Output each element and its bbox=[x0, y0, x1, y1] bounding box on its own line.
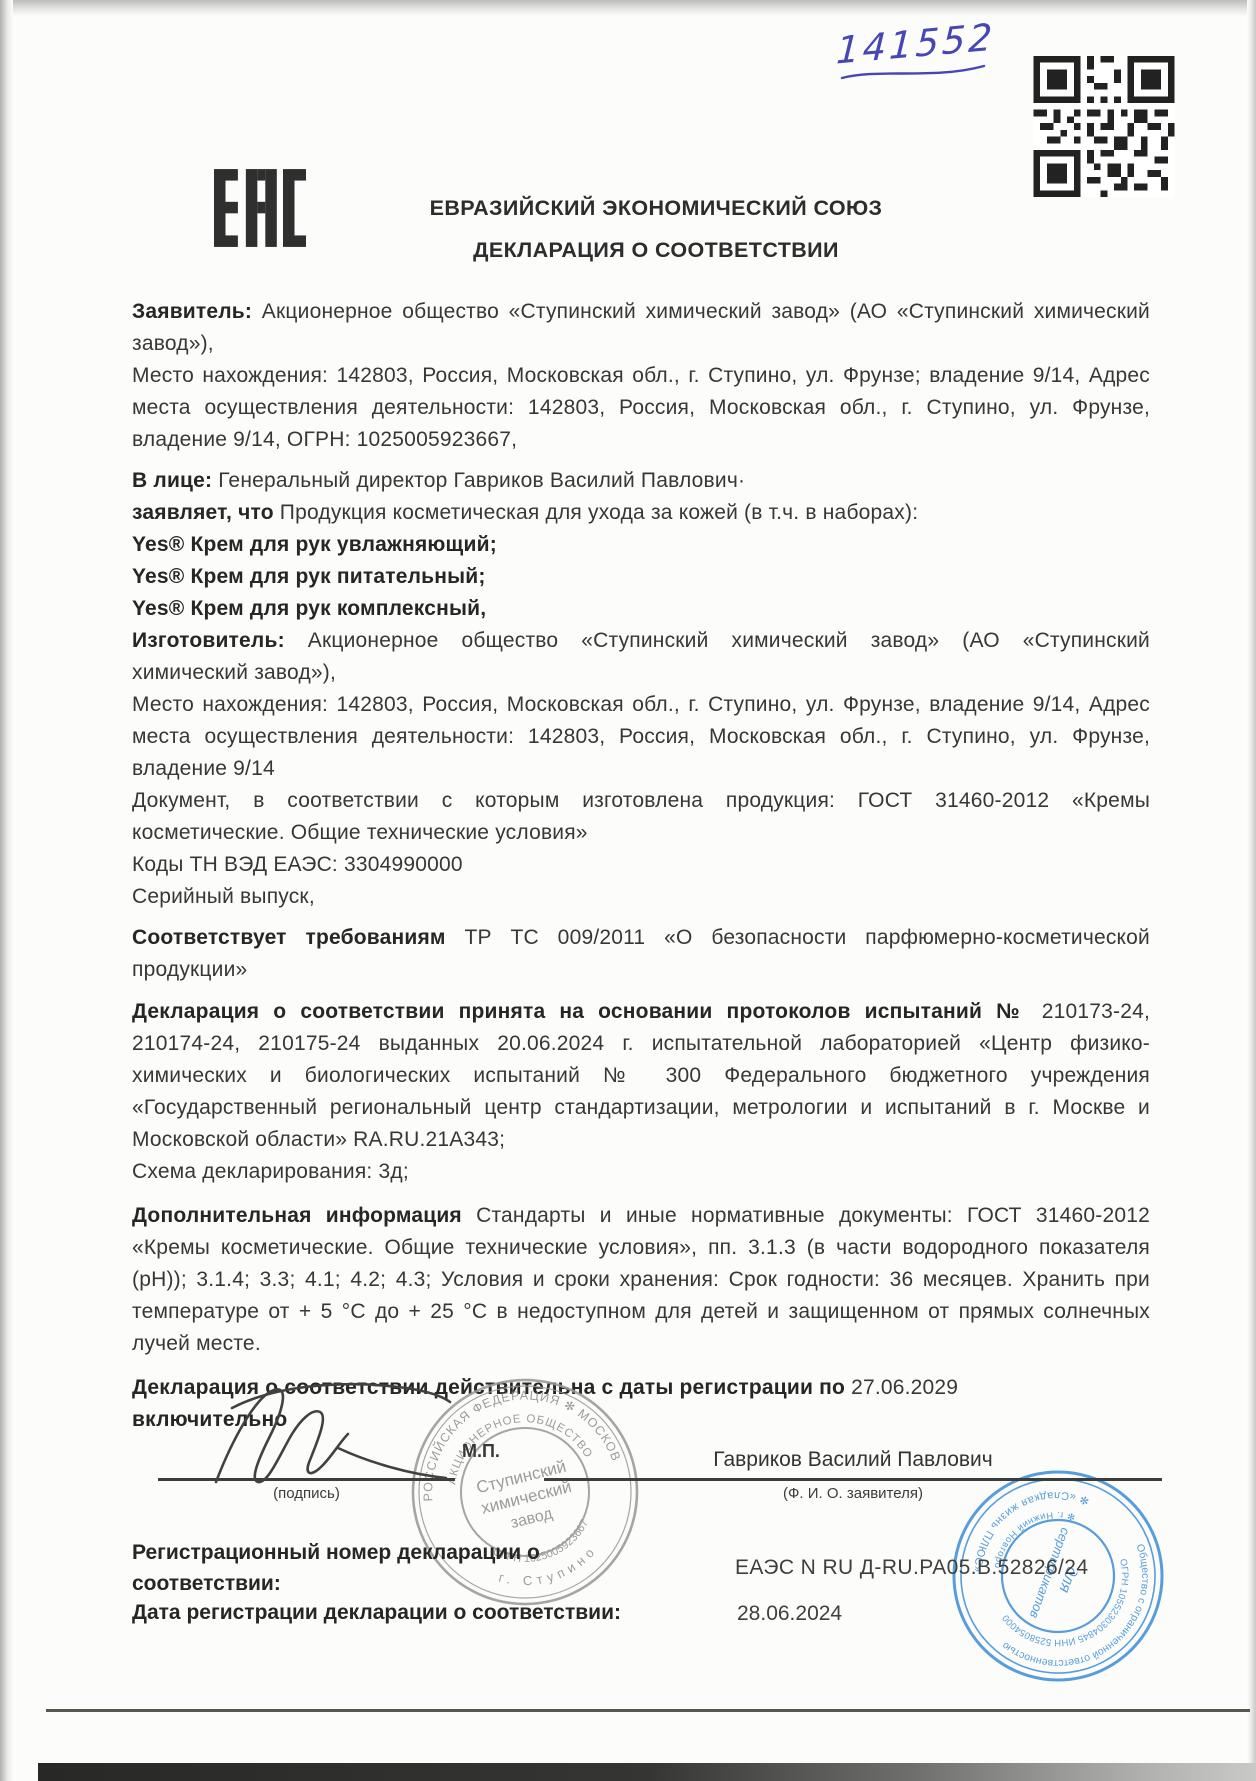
declaration-document: 141552 ЕВРАЗИЙСКИЙ ЭКОНОМИЧЕСКИЙ СОЮЗ ДЕ… bbox=[0, 0, 1256, 1781]
paragraph-manufacturer-address: Место нахождения: 142803, Россия, Москов… bbox=[132, 689, 1150, 785]
scan-edge-top bbox=[0, 0, 1256, 16]
registration-date-value: 28.06.2024 bbox=[737, 1602, 842, 1626]
union-title: ЕВРАЗИЙСКИЙ ЭКОНОМИЧЕСКИЙ СОЮЗ bbox=[162, 196, 1150, 221]
paragraph-declares: заявляет, что Продукция косметическая дл… bbox=[132, 497, 1150, 529]
paragraph-manufacturer: Изготовитель: Акционерное общество «Ступ… bbox=[132, 625, 1150, 689]
signature-caption: (подпись) bbox=[158, 1485, 455, 1502]
scan-edge-right bbox=[1247, 0, 1256, 1781]
paragraph-gost: Документ, в соответствии с которым изгот… bbox=[132, 785, 1150, 849]
declaration-title: ДЕКЛАРАЦИЯ О СООТВЕТСТВИИ bbox=[162, 238, 1150, 263]
registration-number-label: Регистрационный номер декларации о соотв… bbox=[132, 1537, 622, 1599]
paragraph-scheme: Схема декларирования: 3д; bbox=[132, 1156, 1150, 1188]
fio-caption: (Ф. И. О. заявителя) bbox=[544, 1485, 1162, 1502]
product-item: Yes® Крем для рук увлажняющий; bbox=[132, 529, 1150, 561]
registration-date-label: Дата регистрации декларации о соответств… bbox=[132, 1601, 621, 1625]
paragraph-representative: В лице: Генеральный директор Гавриков Ва… bbox=[132, 465, 1150, 497]
paragraph-applicant-address: Место нахождения: 142803, Россия, Москов… bbox=[132, 360, 1150, 456]
handwritten-signature bbox=[198, 1378, 463, 1496]
document-header: ЕВРАЗИЙСКИЙ ЭКОНОМИЧЕСКИЙ СОЮЗ ДЕКЛАРАЦИ… bbox=[132, 196, 1150, 263]
handwritten-underline-swash bbox=[838, 62, 988, 84]
paragraph-test-protocols: Декларация о соответствии принята на осн… bbox=[132, 996, 1150, 1156]
product-item: Yes® Крем для рук комплексный, bbox=[132, 593, 1150, 625]
declaration-body: Заявитель: Акционерное общество «Ступинс… bbox=[132, 296, 1150, 1436]
applicant-name: Гавриков Василий Павлович bbox=[544, 1448, 1162, 1472]
paragraph-tnved: Коды ТН ВЭД ЕАЭС: 3304990000 bbox=[132, 849, 1150, 881]
qr-code bbox=[1033, 56, 1175, 197]
scan-artifact-line bbox=[46, 1709, 1250, 1712]
product-item: Yes® Крем для рук питательный; bbox=[132, 561, 1150, 593]
paragraph-additional-info: Дополнительная информация Стандарты и ин… bbox=[132, 1200, 1150, 1360]
scan-edge-left bbox=[0, 0, 13, 1781]
registration-number-value: ЕАЭС N RU Д-RU.РА05.В.52826/24 bbox=[735, 1556, 1088, 1580]
scan-artifact-band bbox=[38, 1763, 1256, 1781]
paragraph-serial: Серийный выпуск, bbox=[132, 881, 1150, 913]
paragraph-requirements: Соответствует требованиям ТР ТС 009/2011… bbox=[132, 922, 1150, 986]
paragraph-applicant: Заявитель: Акционерное общество «Ступинс… bbox=[132, 296, 1150, 360]
fio-line bbox=[544, 1478, 1162, 1481]
stamp-place-label: М.П. bbox=[462, 1441, 500, 1462]
